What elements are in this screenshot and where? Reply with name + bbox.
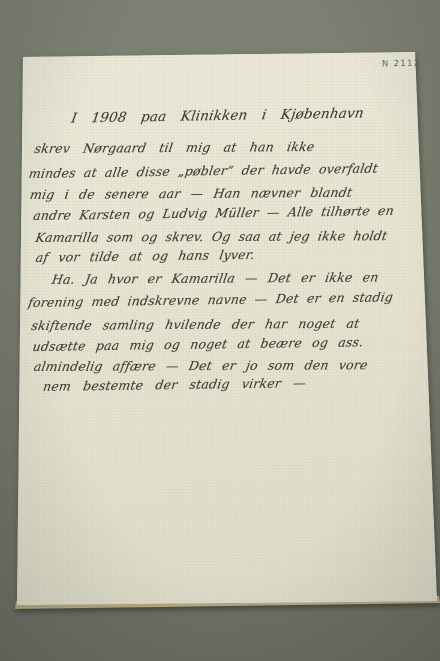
handwriting-line-2: skrev Nørgaard til mig at han ikke [33,139,315,156]
handwriting-line-10: skiftende samling hvilende der har noget… [30,316,361,333]
handwriting-line-3: mindes at alle disse „pøbler“ der havde … [28,160,379,181]
handwriting-line-7: af vor tilde at og hans lyver. [35,247,256,265]
handwriting-line-5: andre Karsten og Ludvig Müller — Alle ti… [32,203,395,223]
handwriting-line-9: forening med indskrevne navne — Det er e… [27,289,394,310]
handwriting-layer: I 1908 paa Klinikken i Kjøbenhavn skrev … [0,0,440,661]
handwriting-line-6: Kamarilla som og skrev. Og saa at jeg ik… [34,228,388,245]
photo-background: N 2112 I 1908 paa Klinikken i Kjøbenhavn… [0,0,440,661]
handwriting-line-8: Ha. Ja hvor er Kamarilla — Det er ikke e… [51,269,380,286]
handwriting-line-12: almindelig affære — Det er jo som den vo… [33,357,369,374]
handwriting-line-11: udsætte paa mig og noget at beære og ass… [32,334,365,354]
handwriting-line-13: nem bestemte der stadig virker — [42,375,307,394]
handwriting-line-1: I 1908 paa Klinikken i Kjøbenhavn [70,105,365,126]
handwriting-line-4: mig i de senere aar — Han nævner blandt [29,185,354,202]
